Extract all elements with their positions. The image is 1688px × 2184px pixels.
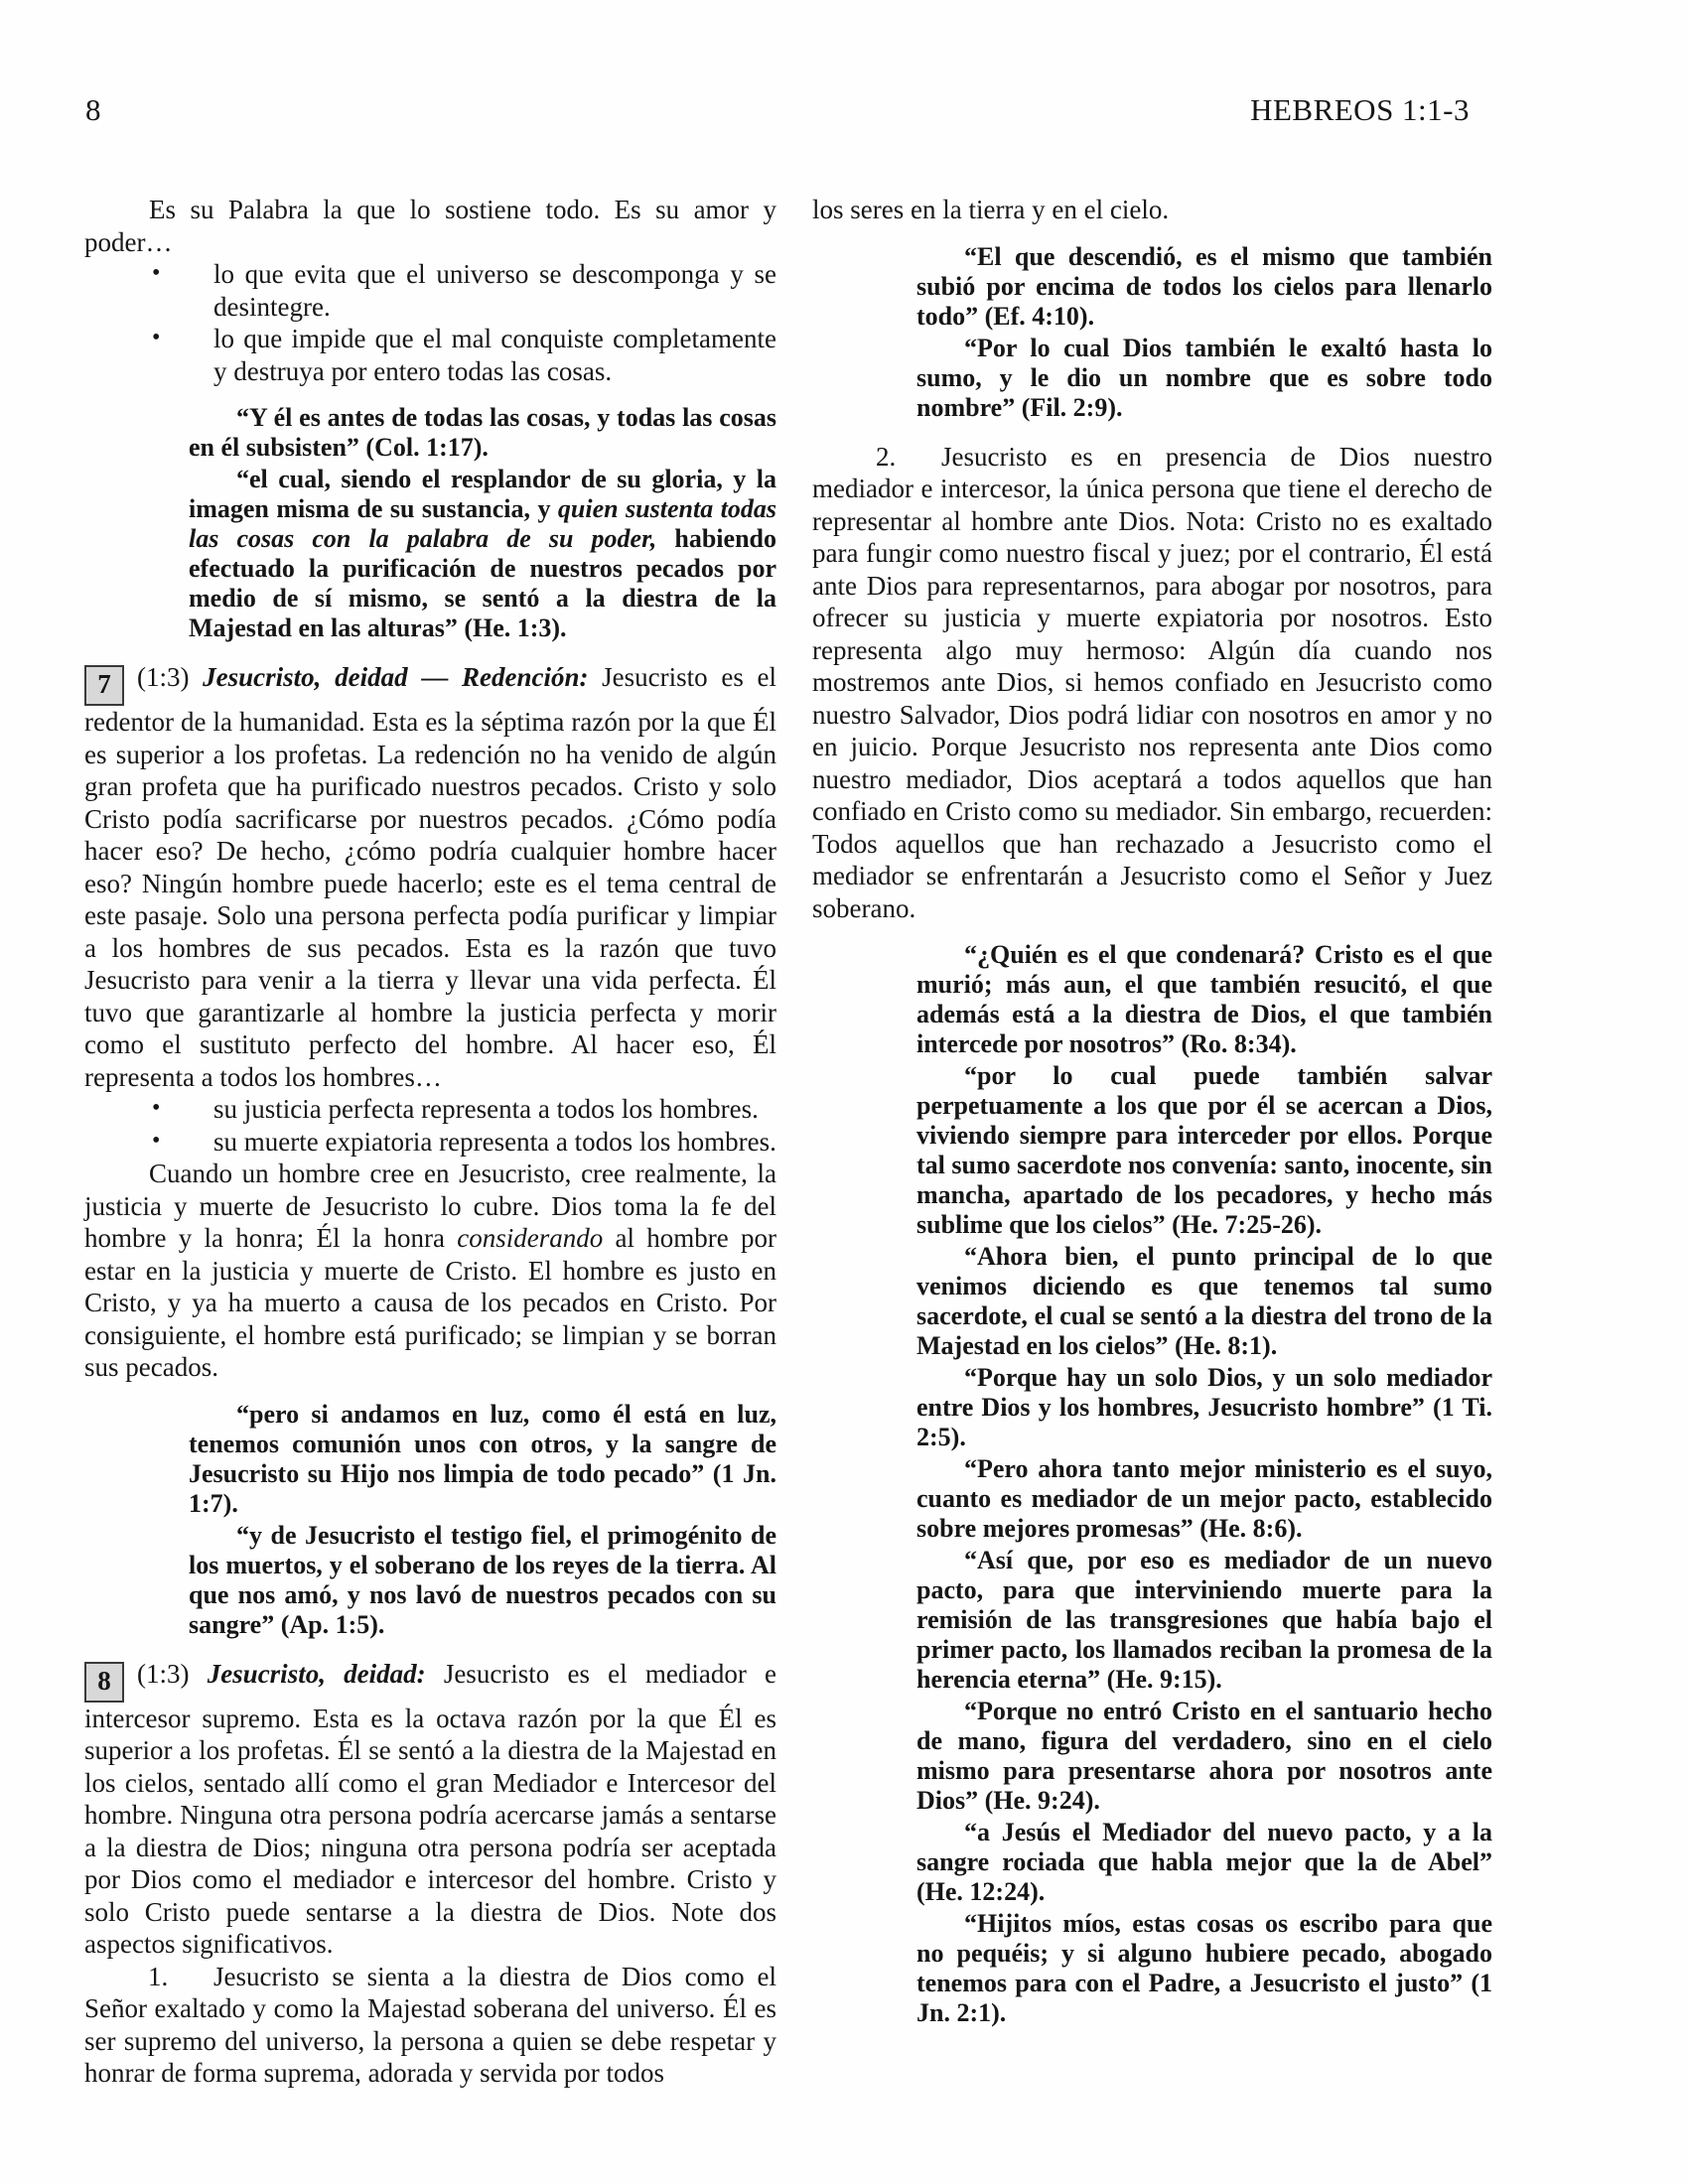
scripture-quote: “Pero ahora tanto mejor ministerio es el… — [916, 1454, 1492, 1544]
left-column: Es su Palabra la que lo sostiene todo. E… — [84, 194, 776, 2090]
text-run: “El que descendió, es el mismo que tambi… — [916, 242, 1492, 331]
text-run: “Ahora bien, el punto principal de lo qu… — [916, 1242, 1492, 1360]
book-page: 8 HEBREOS 1:1-3 Es su Palabra la que lo … — [0, 0, 1688, 2184]
list-number: 1. — [148, 1961, 213, 1993]
text-run: considerando — [457, 1223, 603, 1253]
text-run: “¿Quién es el que condenará? Cristo es e… — [916, 940, 1492, 1058]
bullet-item: •lo que impide que el mal conquiste comp… — [84, 323, 776, 387]
text-run: (1:3) — [137, 662, 203, 692]
text-run: su justicia perfecta representa a todos … — [213, 1094, 759, 1124]
bullet-item: •su justicia perfecta representa a todos… — [84, 1093, 776, 1126]
bullet-icon: • — [152, 1125, 160, 1158]
text-run: “a Jesús el Mediador del nuevo pacto, y … — [916, 1818, 1492, 1906]
text-run: “pero si andamos en luz, como él está en… — [189, 1400, 776, 1518]
text-run: “Porque hay un solo Dios, y un solo medi… — [916, 1363, 1492, 1451]
numbered-paragraph: 1.Jesucristo se sienta a la diestra de D… — [84, 1961, 776, 2090]
text-run: — — [408, 662, 462, 692]
text-run: “Porque no entró Cristo en el santuario … — [916, 1697, 1492, 1815]
text-run: “y de Jesucristo el testigo fiel, el pri… — [189, 1521, 776, 1639]
text-run: su muerte expiatoria representa a todos … — [213, 1127, 776, 1157]
section-number-box: 7 — [84, 665, 124, 706]
right-column: los seres en la tierra y en el cielo.“El… — [812, 194, 1492, 2028]
text-run: “Pero ahora tanto mejor ministerio es el… — [916, 1454, 1492, 1543]
scripture-quote: “¿Quién es el que condenará? Cristo es e… — [916, 940, 1492, 1059]
text-run: “Así que, por eso es mediador de un nuev… — [916, 1546, 1492, 1694]
text-run: Es su Palabra la que lo sostiene todo. E… — [84, 195, 776, 257]
text-run: Redención: — [462, 662, 589, 692]
section-number-box: 8 — [84, 1662, 124, 1703]
text-run: Jesucristo, deidad — [203, 662, 407, 692]
scripture-quote: “a Jesús el Mediador del nuevo pacto, y … — [916, 1818, 1492, 1907]
paragraph: Es su Palabra la que lo sostiene todo. E… — [84, 194, 776, 258]
text-run: lo que impide que el mal conquiste compl… — [213, 324, 776, 386]
bullet-icon: • — [152, 322, 160, 354]
page-number: 8 — [85, 91, 101, 129]
text-run: Jesucristo es en presencia de Dios nuest… — [812, 442, 1492, 923]
scripture-quote: “el cual, siendo el resplandor de su glo… — [189, 465, 776, 643]
bullet-item: •su muerte expiatoria representa a todos… — [84, 1126, 776, 1159]
text-run: lo que evita que el universo se descompo… — [213, 259, 776, 322]
text-run: Jesucristo, deidad: — [208, 1659, 426, 1689]
scripture-quote: “Porque hay un solo Dios, y un solo medi… — [916, 1363, 1492, 1452]
text-run: “Por lo cual Dios también le exaltó hast… — [916, 334, 1492, 422]
section-paragraph: 7(1:3) Jesucristo, deidad — Redención: J… — [84, 661, 776, 1093]
scripture-quote: “Hijitos míos, estas cosas os escribo pa… — [916, 1909, 1492, 2028]
text-run: “Hijitos míos, estas cosas os escribo pa… — [916, 1909, 1492, 2027]
numbered-paragraph: 2.Jesucristo es en presencia de Dios nue… — [812, 441, 1492, 925]
scripture-quote: “El que descendió, es el mismo que tambi… — [916, 242, 1492, 332]
scripture-quote: “Ahora bien, el punto principal de lo qu… — [916, 1242, 1492, 1361]
paragraph: Cuando un hombre cree en Jesucristo, cre… — [84, 1158, 776, 1384]
list-number: 2. — [876, 441, 941, 474]
text-run: “por lo cual puede también salvar perpet… — [916, 1061, 1492, 1239]
scripture-quote: “Por lo cual Dios también le exaltó hast… — [916, 334, 1492, 423]
paragraph: los seres en la tierra y en el cielo. — [812, 194, 1492, 226]
scripture-quote: “Porque no entró Cristo en el santuario … — [916, 1697, 1492, 1816]
bullet-item: •lo que evita que el universo se descomp… — [84, 258, 776, 323]
text-run: “Y él es antes de todas las cosas, y tod… — [189, 403, 776, 462]
scripture-quote: “y de Jesucristo el testigo fiel, el pri… — [189, 1521, 776, 1640]
scripture-quote: “por lo cual puede también salvar perpet… — [916, 1061, 1492, 1240]
section-paragraph: 8(1:3) Jesucristo, deidad: Jesucristo es… — [84, 1658, 776, 1961]
bullet-icon: • — [152, 1092, 160, 1125]
text-run: (1:3) — [137, 1659, 208, 1689]
text-run: Jesucristo es el mediador e intercesor s… — [84, 1659, 776, 1960]
scripture-quote: “pero si andamos en luz, como él está en… — [189, 1400, 776, 1519]
scripture-quote: “Y él es antes de todas las cosas, y tod… — [189, 403, 776, 463]
text-run: los seres en la tierra y en el cielo. — [812, 195, 1169, 224]
text-run: Jesucristo es el redentor de la humanida… — [84, 662, 776, 1092]
running-head: HEBREOS 1:1-3 — [1250, 91, 1470, 129]
scripture-quote: “Así que, por eso es mediador de un nuev… — [916, 1546, 1492, 1695]
bullet-icon: • — [152, 257, 160, 290]
